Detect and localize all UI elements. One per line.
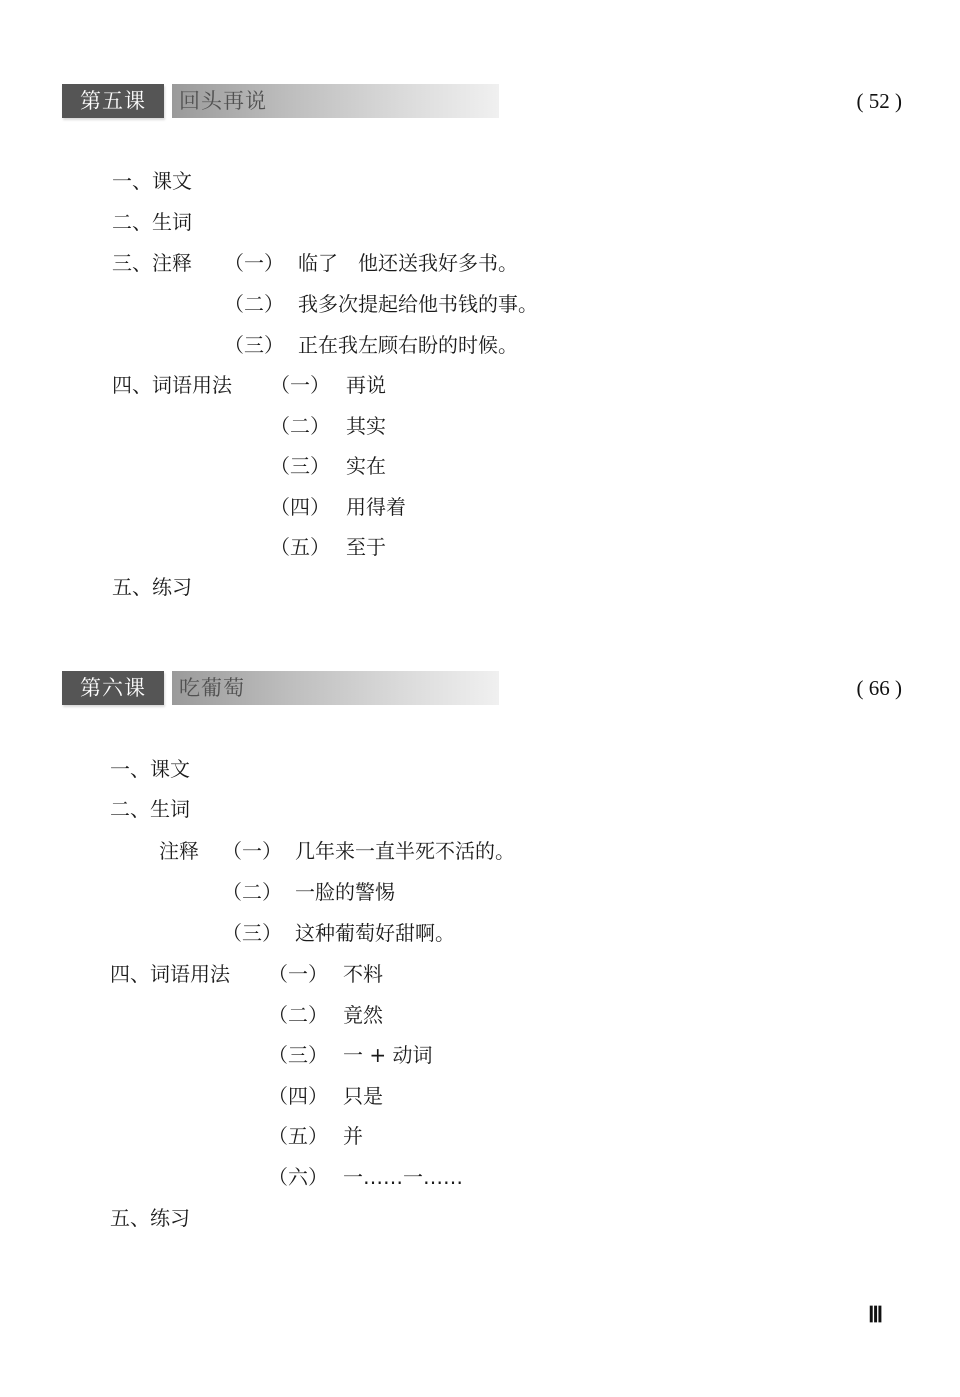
lesson-6-section-vocab[interactable]: 二、生词 [110, 796, 190, 822]
lesson-6-note-1-index: （一） [222, 838, 282, 864]
lesson-5-note-1[interactable]: 临了 他还送我好多书。 [298, 250, 518, 276]
lesson-6-usage-3-index: （三） [268, 1042, 328, 1068]
lesson-6-usage-1[interactable]: 不料 [343, 961, 383, 987]
lesson-6-note-2-index: （二） [222, 879, 282, 905]
lesson-6-note-1[interactable]: 几年来一直半死不活的。 [295, 838, 515, 864]
lesson-5-note-3-index: （三） [224, 332, 284, 358]
lesson-5-page-number: ( 52 ) [857, 84, 903, 118]
lesson-6-section-notes[interactable]: 注释 [159, 838, 199, 864]
lesson-6-section-usage[interactable]: 四、词语用法 [110, 961, 230, 987]
lesson-5-number: 第五课 [62, 84, 164, 118]
lesson-5-note-1-index: （一） [224, 250, 284, 276]
lesson-6-usage-3[interactable]: 一 + 动词 [343, 1042, 432, 1068]
lesson-5-usage-3[interactable]: 实在 [346, 453, 386, 479]
lesson-5-usage-4-index: （四） [270, 494, 330, 520]
lesson-5-section-exercises[interactable]: 五、练习 [112, 574, 192, 600]
lesson-6-usage-4-index: （四） [268, 1083, 328, 1109]
lesson-5-usage-5-index: （五） [270, 534, 330, 560]
lesson-5-usage-1[interactable]: 再说 [346, 372, 386, 398]
lesson-6-usage-4[interactable]: 只是 [343, 1083, 383, 1109]
lesson-6-note-2[interactable]: 一脸的警惕 [295, 879, 395, 905]
lesson-5-title[interactable]: 回头再说 [172, 84, 499, 118]
lesson-6-usage-5[interactable]: 并 [343, 1123, 363, 1149]
lesson-5-section-notes[interactable]: 三、注释 [112, 250, 192, 276]
lesson-6-usage-6[interactable]: 一……一…… [343, 1164, 463, 1190]
page-number-roman: Ⅲ [868, 1302, 883, 1328]
lesson-6-page-number: ( 66 ) [857, 671, 903, 705]
lesson-6-header: 第六课 吃葡萄 ( 66 ) [62, 671, 902, 705]
lesson-6-usage-6-index: （六） [268, 1164, 328, 1190]
lesson-5-usage-1-index: （一） [270, 372, 330, 398]
lesson-5-section-text[interactable]: 一、课文 [112, 168, 192, 194]
lesson-6-note-3[interactable]: 这种葡萄好甜啊。 [295, 920, 455, 946]
lesson-5-note-2[interactable]: 我多次提起给他书钱的事。 [298, 291, 538, 317]
lesson-6-title[interactable]: 吃葡萄 [172, 671, 499, 705]
lesson-5-usage-2[interactable]: 其实 [346, 413, 386, 439]
lesson-5-usage-2-index: （二） [270, 413, 330, 439]
lesson-5-note-3[interactable]: 正在我左顾右盼的时候。 [298, 332, 518, 358]
lesson-5-usage-5[interactable]: 至于 [346, 534, 386, 560]
lesson-6-section-text[interactable]: 一、课文 [110, 756, 190, 782]
lesson-6-section-exercises[interactable]: 五、练习 [110, 1205, 190, 1231]
lesson-5-section-usage[interactable]: 四、词语用法 [112, 372, 232, 398]
lesson-5-usage-3-index: （三） [270, 453, 330, 479]
lesson-5-note-2-index: （二） [224, 291, 284, 317]
lesson-5-usage-4[interactable]: 用得着 [346, 494, 406, 520]
lesson-6-number: 第六课 [62, 671, 164, 705]
lesson-5-header: 第五课 回头再说 ( 52 ) [62, 84, 902, 118]
lesson-6-usage-2[interactable]: 竟然 [343, 1002, 383, 1028]
lesson-6-usage-1-index: （一） [268, 961, 328, 987]
lesson-6-usage-2-index: （二） [268, 1002, 328, 1028]
lesson-6-usage-5-index: （五） [268, 1123, 328, 1149]
lesson-5-section-vocab[interactable]: 二、生词 [112, 209, 192, 235]
lesson-6-note-3-index: （三） [222, 920, 282, 946]
